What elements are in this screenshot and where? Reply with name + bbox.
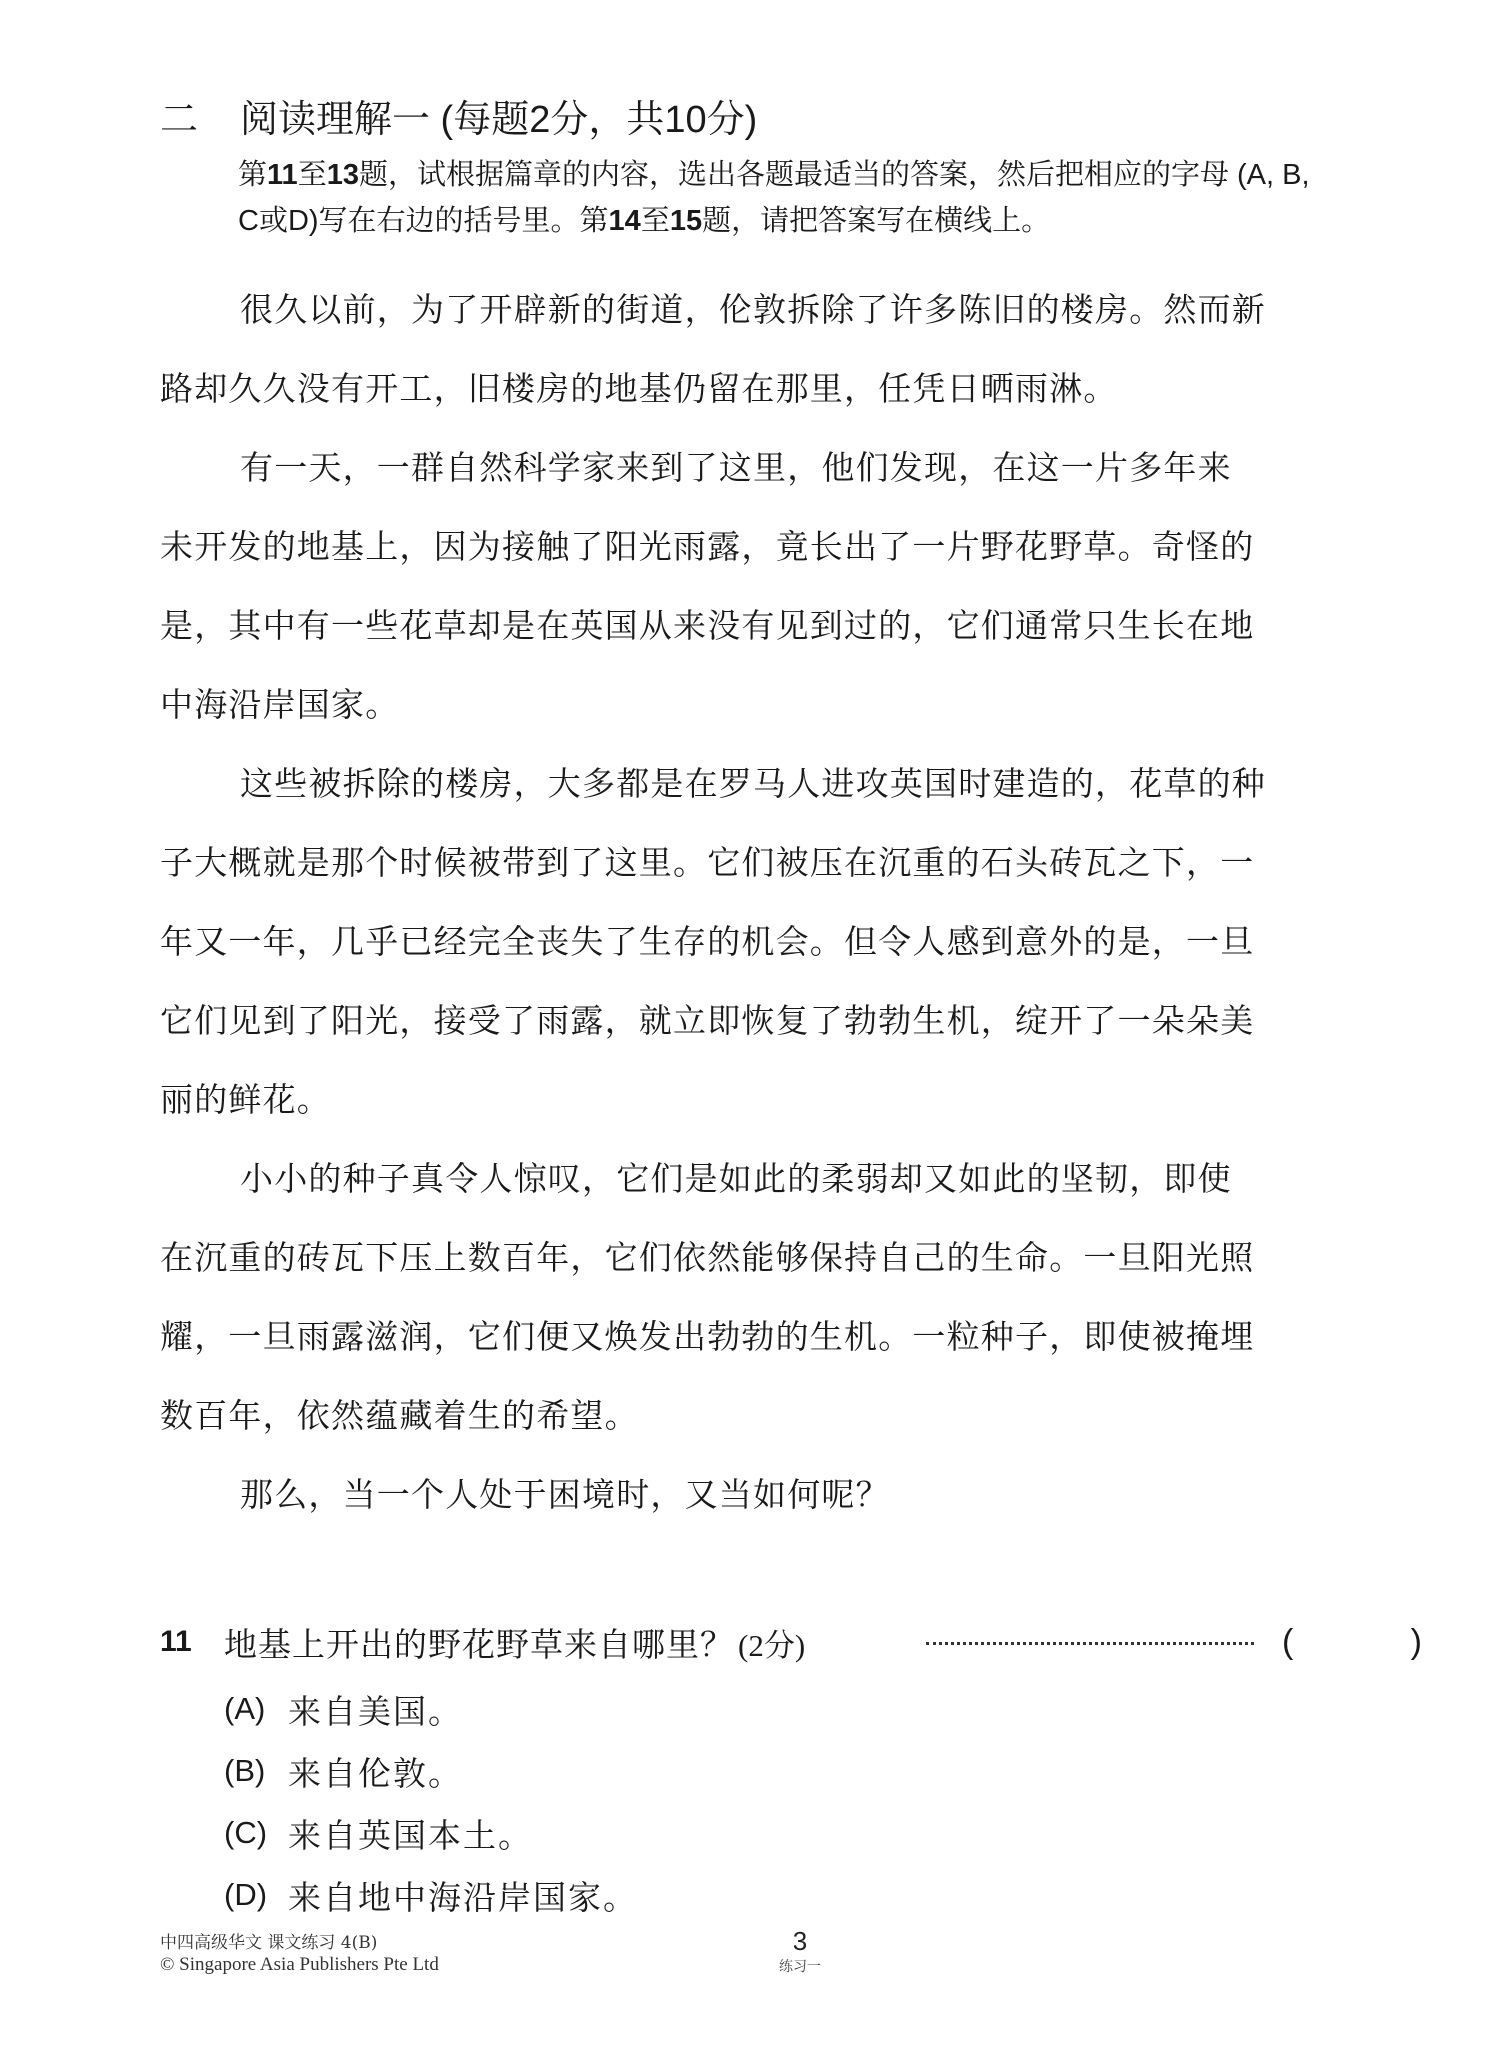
option-label: (B) — [224, 1753, 288, 1789]
question-number: 11 — [160, 1625, 224, 1659]
option-d[interactable]: (D) 来自地中海沿岸国家。 — [160, 1864, 1420, 1926]
question-stem: 11 地基上开出的野花野草来自哪里？ (2分) ( ) — [160, 1612, 1420, 1672]
instr-question-number: 15 — [670, 205, 702, 237]
passage-paragraph-1: 很久以前，为了开辟新的街道，伦敦拆除了许多陈旧的楼房。然而新 路却久久没有开工，… — [160, 280, 1420, 438]
instr-text: 题，试根据篇章的内容，选出各题最适当的答案，然后把相应的字母 (A, B, — [359, 159, 1310, 191]
passage-line: 它们见到了阳光，接受了雨露，就立即恢复了勃勃生机，绽开了一朵朵美 — [160, 991, 1420, 1070]
option-label: (A) — [224, 1691, 288, 1727]
option-text: 来自美国。 — [288, 1686, 463, 1733]
passage-line: 这些被拆除的楼房，大多都是在罗马人进攻英国时建造的，花草的种 — [160, 754, 1420, 833]
section-heading: 二 阅读理解一 (每题2分，共10分) — [160, 92, 757, 148]
section-number: 二 — [160, 92, 240, 148]
bracket-open: ( — [1282, 1623, 1293, 1662]
worksheet-page: 二 阅读理解一 (每题2分，共10分) 第11至13题，试根据篇章的内容，选出各… — [0, 0, 1501, 2051]
option-a[interactable]: (A) 来自美国。 — [160, 1678, 1420, 1740]
page-number: 3 — [740, 1926, 860, 1956]
book-title: 中四高级华文 课文练习 4(B) — [160, 1932, 439, 1954]
passage-line: 子大概就是那个时候被带到了这里。它们被压在沉重的石头砖瓦之下，一 — [160, 833, 1420, 912]
option-text: 来自伦敦。 — [288, 1748, 463, 1795]
footer-page-info: 3 练习一 — [740, 1926, 860, 1978]
instr-text: 至 — [641, 205, 670, 237]
instructions-line-2: C或D)写在右边的括号里。第14至15题，请把答案写在横线上。 — [238, 198, 1418, 244]
instr-text: 题，请把答案写在横线上。 — [702, 205, 1050, 237]
option-text: 来自英国本土。 — [288, 1810, 533, 1857]
option-label: (C) — [224, 1815, 288, 1851]
instr-text: C或D)写在右边的括号里。第 — [238, 205, 609, 237]
passage-line: 那么，当一个人处于困境时，又当如何呢？ — [160, 1465, 1420, 1544]
answer-options: (A) 来自美国。 (B) 来自伦敦。 (C) 来自英国本土。 (D) 来自地中… — [160, 1678, 1420, 1926]
option-text: 来自地中海沿岸国家。 — [288, 1872, 638, 1919]
dotted-leader — [926, 1642, 1254, 1645]
option-b[interactable]: (B) 来自伦敦。 — [160, 1740, 1420, 1802]
passage-line: 中海沿岸国家。 — [160, 675, 1420, 754]
reading-passage: 很久以前，为了开辟新的街道，伦敦拆除了许多陈旧的楼房。然而新 路却久久没有开工，… — [160, 280, 1420, 1544]
question-11: 11 地基上开出的野花野草来自哪里？ (2分) ( ) (A) 来自美国。 (B… — [160, 1612, 1420, 1926]
question-text: 地基上开出的野花野草来自哪里？ — [224, 1619, 734, 1666]
instructions-line-1: 第11至13题，试根据篇章的内容，选出各题最适当的答案，然后把相应的字母 (A,… — [238, 152, 1418, 198]
passage-paragraph-4: 小小的种子真令人惊叹，它们是如此的柔弱却又如此的坚韧，即使 在沉重的砖瓦下压上数… — [160, 1149, 1420, 1465]
option-c[interactable]: (C) 来自英国本土。 — [160, 1802, 1420, 1864]
instr-question-number: 14 — [609, 205, 641, 237]
passage-paragraph-2: 有一天，一群自然科学家来到了这里，他们发现，在这一片多年来 未开发的地基上，因为… — [160, 438, 1420, 754]
passage-line: 是，其中有一些花草却是在英国从来没有见到过的，它们通常只生长在地 — [160, 596, 1420, 675]
passage-line: 丽的鲜花。 — [160, 1070, 1420, 1149]
section-title: 阅读理解一 (每题2分，共10分) — [240, 92, 757, 148]
instr-text: 至 — [298, 159, 327, 191]
answer-bracket[interactable]: ( ) — [1282, 1612, 1422, 1672]
passage-line: 有一天，一群自然科学家来到了这里，他们发现，在这一片多年来 — [160, 438, 1420, 517]
passage-line: 在沉重的砖瓦下压上数百年，它们依然能够保持自己的生命。一旦阳光照 — [160, 1228, 1420, 1307]
passage-line: 数百年，依然蕴藏着生的希望。 — [160, 1386, 1420, 1465]
passage-line: 耀，一旦雨露滋润，它们便又焕发出勃勃的生机。一粒种子，即使被掩埋 — [160, 1307, 1420, 1386]
passage-line: 路却久久没有开工，旧楼房的地基仍留在那里，任凭日晒雨淋。 — [160, 359, 1420, 438]
instr-question-number: 11 — [267, 159, 298, 191]
passage-paragraph-5: 那么，当一个人处于困境时，又当如何呢？ — [160, 1465, 1420, 1544]
question-marks: (2分) — [738, 1620, 805, 1665]
passage-line: 小小的种子真令人惊叹，它们是如此的柔弱却又如此的坚韧，即使 — [160, 1149, 1420, 1228]
footer-credits: 中四高级华文 课文练习 4(B) © Singapore Asia Publis… — [160, 1932, 439, 1976]
option-label: (D) — [224, 1877, 288, 1913]
instr-text: 第 — [238, 159, 267, 191]
copyright: © Singapore Asia Publishers Pte Ltd — [160, 1954, 439, 1976]
instructions: 第11至13题，试根据篇章的内容，选出各题最适当的答案，然后把相应的字母 (A,… — [238, 152, 1418, 244]
instr-question-number: 13 — [327, 159, 359, 191]
passage-paragraph-3: 这些被拆除的楼房，大多都是在罗马人进攻英国时建造的，花草的种 子大概就是那个时候… — [160, 754, 1420, 1149]
passage-line: 年又一年，几乎已经完全丧失了生存的机会。但令人感到意外的是，一旦 — [160, 912, 1420, 991]
passage-line: 很久以前，为了开辟新的街道，伦敦拆除了许多陈旧的楼房。然而新 — [160, 280, 1420, 359]
bracket-close: ) — [1411, 1623, 1422, 1662]
exercise-label: 练习一 — [740, 1956, 860, 1978]
passage-line: 未开发的地基上，因为接触了阳光雨露，竟长出了一片野花野草。奇怪的 — [160, 517, 1420, 596]
